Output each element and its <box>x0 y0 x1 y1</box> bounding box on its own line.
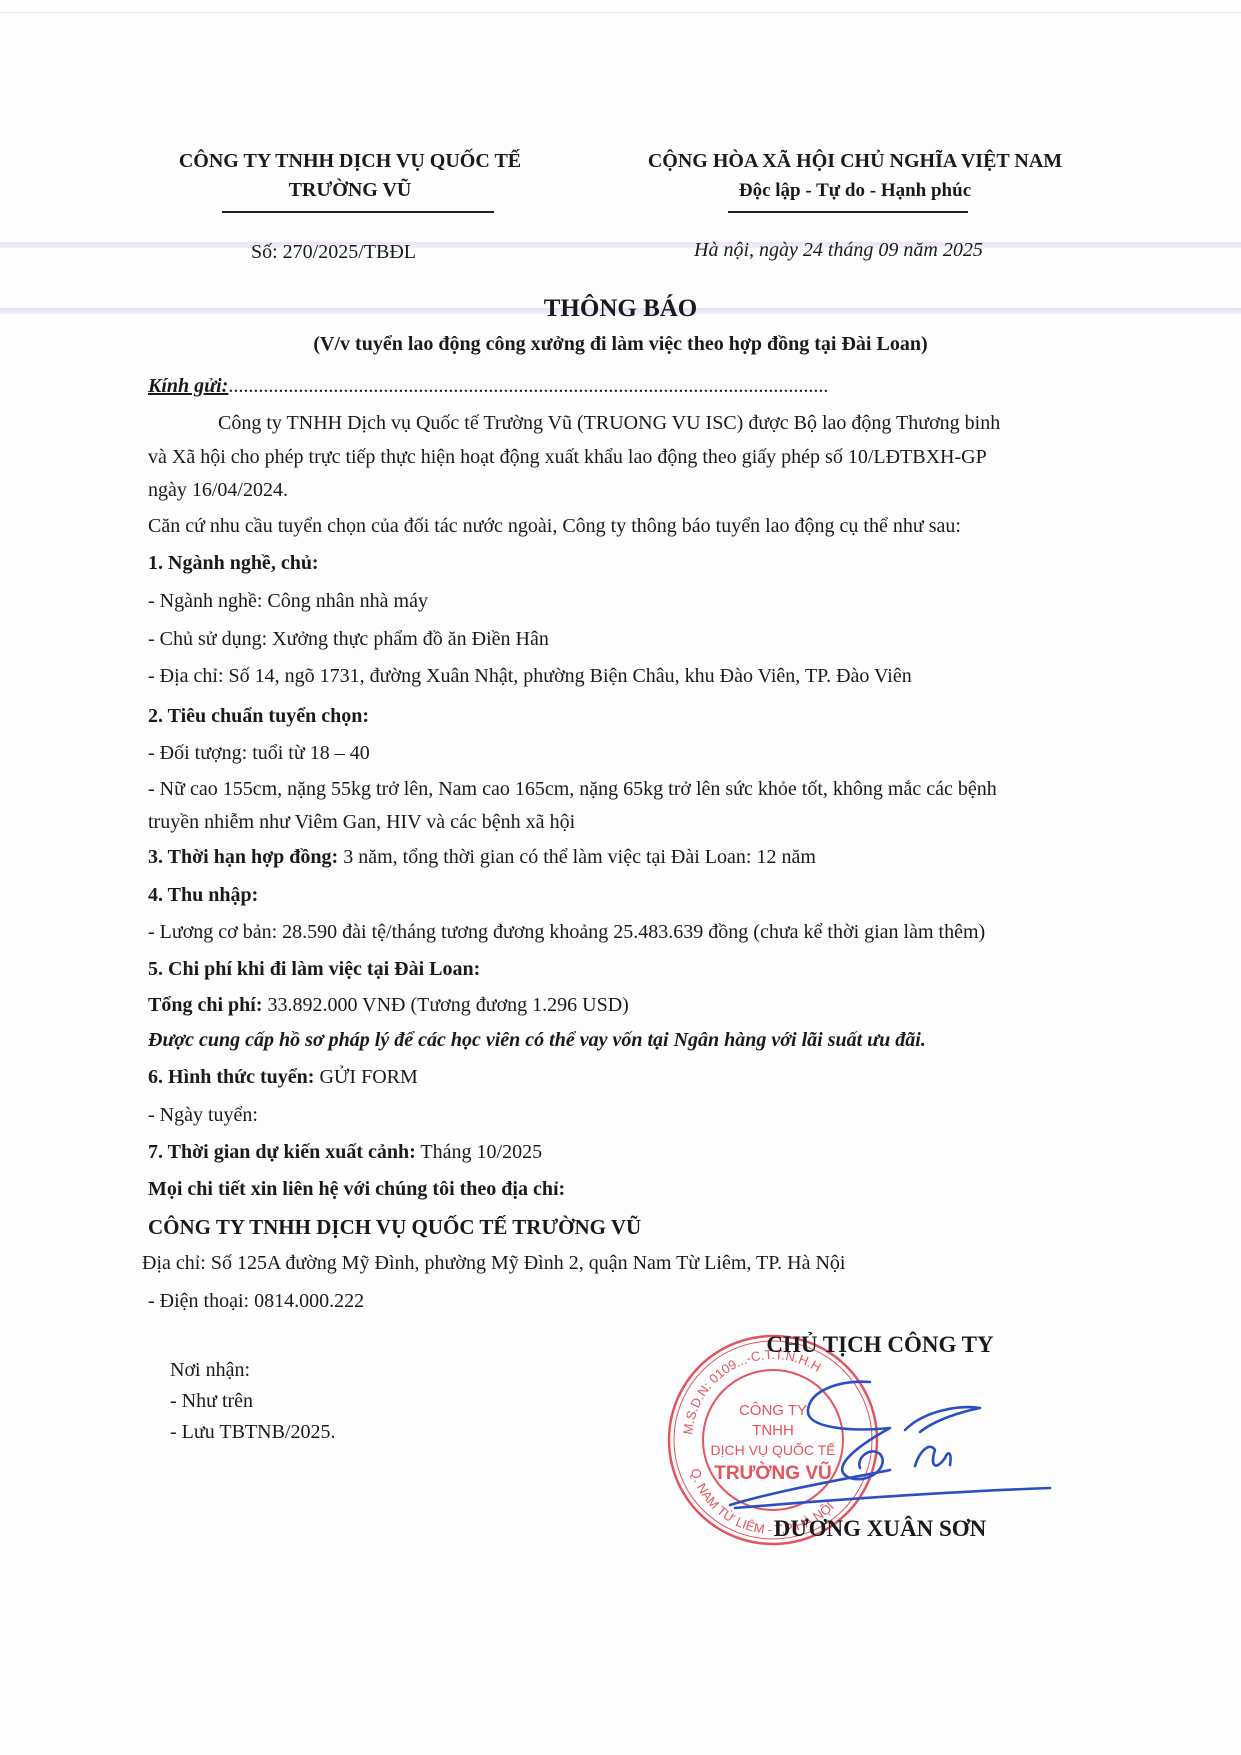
divider <box>728 211 968 213</box>
intro-line: Căn cứ nhu cầu tuyển chọn của đối tác nư… <box>148 515 961 538</box>
job-item: - Ngành nghề: Công nhân nhà máy <box>148 590 428 613</box>
employer-address: - Địa chỉ: Số 14, ngõ 1731, đường Xuân N… <box>148 665 912 688</box>
document-title: THÔNG BÁO <box>0 295 1241 323</box>
age-requirement: - Đối tượng: tuổi từ 18 – 40 <box>148 742 370 765</box>
section-heading-1: 1. Ngành nghề, chủ: <box>148 552 319 575</box>
contract-term-value: 3 năm, tổng thời gian có thể làm việc tạ… <box>338 846 816 868</box>
signer-name: DƯƠNG XUÂN SƠN <box>690 1516 1070 1542</box>
recipients-label: Nơi nhận: <box>170 1355 335 1386</box>
health-requirement: truyền nhiễm như Viêm Gan, HIV và các bệ… <box>148 811 575 834</box>
scan-artifact <box>0 242 1241 248</box>
departure-time-label: 7. Thời gian dự kiến xuất cảnh: <box>148 1141 416 1163</box>
document-subtitle: (V/v tuyển lao động công xưởng đi làm vi… <box>0 333 1241 356</box>
company-name-line2: TRƯỜNG VŨ <box>145 176 555 205</box>
recipient-item: - Như trên <box>170 1386 335 1417</box>
contact-phone: - Điện thoại: 0814.000.222 <box>148 1290 364 1313</box>
recruitment-date: - Ngày tuyển: <box>148 1104 258 1127</box>
contact-address: Địa chỉ: Số 125A đường Mỹ Đình, phường M… <box>142 1252 845 1275</box>
departure-time: 7. Thời gian dự kiến xuất cảnh: Tháng 10… <box>148 1141 542 1164</box>
recipient-item: - Lưu TBTNB/2025. <box>170 1417 335 1448</box>
recruitment-method: 6. Hình thức tuyển: GỬI FORM <box>148 1066 418 1089</box>
total-cost: Tổng chi phí: 33.892.000 VNĐ (Tương đươn… <box>148 994 629 1017</box>
contact-company: CÔNG TY TNHH DỊCH VỤ QUỐC TẾ TRƯỜNG VŨ <box>148 1215 641 1240</box>
nation-header: CỘNG HÒA XÃ HỘI CHỦ NGHĨA VIỆT NAM Độc l… <box>615 147 1095 205</box>
handwritten-signature <box>720 1370 1080 1520</box>
intro-line: Công ty TNHH Dịch vụ Quốc tế Trường Vũ (… <box>148 412 1000 435</box>
company-header: CÔNG TY TNHH DỊCH VỤ QUỐC TẾ TRƯỜNG VŨ <box>145 147 555 205</box>
intro-line: và Xã hội cho phép trực tiếp thực hiện h… <box>148 446 987 469</box>
company-name-line1: CÔNG TY TNHH DỊCH VỤ QUỐC TẾ <box>145 147 555 176</box>
salutation: Kính gửi:...............................… <box>148 375 828 398</box>
departure-time-value: Tháng 10/2025 <box>416 1141 542 1163</box>
total-cost-value: 33.892.000 VNĐ (Tương đương 1.296 USD) <box>262 994 628 1016</box>
section-heading-5: 5. Chi phí khi đi làm việc tại Đài Loan: <box>148 958 480 981</box>
contact-heading: Mọi chi tiết xin liên hệ với chúng tôi t… <box>148 1178 565 1201</box>
recruitment-method-value: GỬI FORM <box>314 1066 417 1088</box>
recipients-block: Nơi nhận: - Như trên - Lưu TBTNB/2025. <box>170 1355 335 1448</box>
health-requirement: - Nữ cao 155cm, nặng 55kg trở lên, Nam c… <box>148 778 997 801</box>
intro-line: ngày 16/04/2024. <box>148 479 288 502</box>
salutation-dots: ........................................… <box>228 375 828 397</box>
total-cost-label: Tổng chi phí: <box>148 994 262 1016</box>
document-date: Hà nội, ngày 24 tháng 09 năm 2025 <box>694 239 983 262</box>
loan-note: Được cung cấp hồ sơ pháp lý để các học v… <box>148 1029 926 1052</box>
national-motto: Độc lập - Tự do - Hạnh phúc <box>615 176 1095 205</box>
salutation-label: Kính gửi: <box>148 375 228 397</box>
scan-edge <box>0 12 1241 13</box>
signer-title: CHỦ TỊCH CÔNG TY <box>690 1332 1070 1358</box>
section-heading-4: 4. Thu nhập: <box>148 884 258 907</box>
contract-term-label: 3. Thời hạn hợp đồng: <box>148 846 338 868</box>
employer-item: - Chủ sử dụng: Xưởng thực phẩm đồ ăn Điề… <box>148 628 549 651</box>
salary-item: - Lương cơ bản: 28.590 đài tệ/tháng tươn… <box>148 921 985 944</box>
contract-term: 3. Thời hạn hợp đồng: 3 năm, tổng thời g… <box>148 846 816 869</box>
document-number: Số: 270/2025/TBĐL <box>251 241 416 264</box>
nation-name: CỘNG HÒA XÃ HỘI CHỦ NGHĨA VIỆT NAM <box>615 147 1095 176</box>
divider <box>222 211 494 213</box>
recruitment-method-label: 6. Hình thức tuyển: <box>148 1066 314 1088</box>
section-heading-2: 2. Tiêu chuẩn tuyển chọn: <box>148 705 369 728</box>
